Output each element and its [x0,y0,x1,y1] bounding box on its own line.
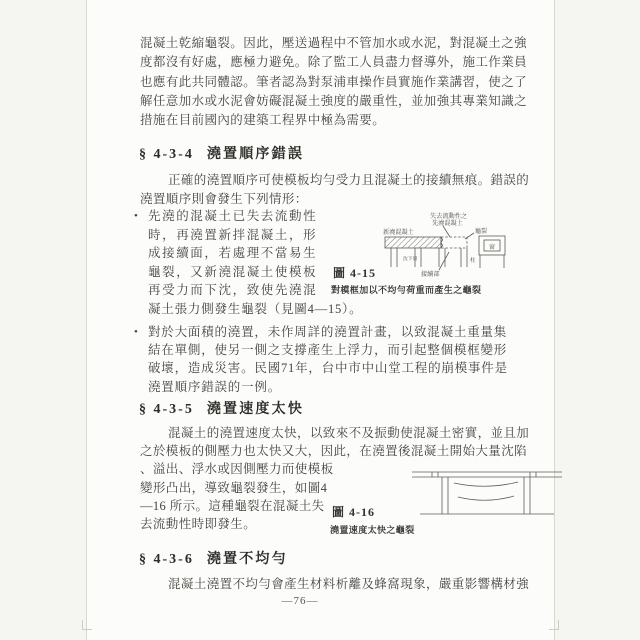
label-old-concrete-line2: 先澆混凝土 [432,219,463,227]
body-text-line: 解任意加水或水泥會妨礙混凝土強度的嚴重性，並加強其專業知識之 [140,94,527,109]
body-text-line: —16 所示。這種龜裂在混凝土失 [140,499,325,514]
section-number: § 4-3-4 [139,147,194,162]
crack-curve-upper [454,482,518,486]
section-number: § 4-3-6 [139,552,194,567]
section-number: § 4-3-5 [139,402,194,417]
bullet-marker: • [134,210,138,222]
scanned-document-page: { "page": { "number": "—76—" }, "intro":… [0,0,640,640]
body-text-line: 措施在目前國內的建築工程界中極為需要。 [140,113,385,128]
section-title: 澆置順序錯誤 [207,147,304,162]
bullet-text-line: 結在單側，使另一側之支撐產生上浮力，而引起整個模框變形 [148,343,507,358]
bullet-text-line: 再受力而下沈，致使先澆混 [148,283,317,298]
body-text-line: 正確的澆置順序可使模板均勻受力且混凝土的接續無痕。錯誤的 [168,173,529,188]
section-heading-4-3-5: § 4-3-5澆置速度太快 [139,398,304,418]
label-joint: 接續部 [421,270,440,278]
section-heading-4-3-4: § 4-3-4澆置順序錯誤 [139,143,304,163]
section-title: 澆置不均勻 [207,552,288,567]
figure-4-16-caption: 澆置速度太快之龜裂 [330,523,415,536]
label-lost-fluidity-line1: 失去流動性之 [430,212,467,220]
figure-4-15-caption: 對模框加以不均勻荷重而產生之龜裂 [331,283,481,296]
bullet-text-line: 先澆的混凝土已失去流動性 [148,209,317,224]
section-title: 澆置速度太快 [207,402,304,417]
body-text-line: 澆置順序則會發生下列情形： [140,192,308,207]
body-text-line: 混凝土的澆置速度太快，以致來不及振動使混凝土密實，並且加 [168,426,529,441]
figure-4-15-diagram: 失去流動性之 先澆混凝土 新澆混凝土 龜裂 窗 沈下量 柱 接續部 [383,210,513,278]
bullet-text-line: 龜裂，又新澆混凝土使模板 [148,265,317,280]
bullet-text-line: 澆置順序錯誤的一例。 [148,380,281,395]
bullet-text-line: 對於大面積的澆置，未作周詳的澆置計畫，以致混凝土重量集 [148,325,507,340]
bullet-marker: • [134,326,138,338]
label-window: 窗 [489,243,495,251]
bullet-text-line: 破壞，造成災害。民國71年，台中市中山堂工程的崩模事件是 [148,361,508,376]
body-text-line: 度都沒有好處，應極力避免。除了監工人員盡力督導外，施工作業員 [140,55,527,70]
crack-curve-lower [458,496,514,500]
label-settlement: 沈下量 [403,255,418,262]
page-corner-bottom-left [82,620,92,630]
figure-4-15-label: 圖 4-15 [333,264,376,281]
page-corner-bottom-right [549,620,559,630]
section-heading-4-3-6: § 4-3-6澆置不均勻 [139,548,288,568]
label-new-concrete: 新澆混凝土 [383,228,414,236]
body-text-line: 變形凸出，導致龜裂發生，如圖4 [140,481,327,496]
page-number: —76— [255,595,345,607]
bullet-text-line: 時，再澆置新拌混凝土，形 [148,228,317,243]
old-concrete-dashed-area [441,237,467,248]
figure-4-16-diagram [412,466,562,521]
body-text-line: 混凝土澆置不均勻會產生材料析離及蜂窩現象，嚴重影響構材強 [168,577,529,592]
figure-4-16-label: 圖 4-16 [332,503,375,520]
bullet-text-line: 成接續面，若處理不當易生 [148,246,317,261]
bullet-text-line: 凝土張力側發生龜裂（見圖4—15）。 [148,302,362,317]
label-column: 柱 [470,256,476,264]
new-concrete-hatched-area [385,237,441,248]
label-crack: 龜裂 [475,227,487,235]
body-text-line: 混凝土乾縮龜裂。因此，壓送過程中不管加水或水泥，對混凝土之強 [140,36,527,51]
body-text-line: 也應有此共同體認。筆者認為對泵浦車操作員實施作業講習，使之了 [140,75,527,90]
body-text-line: 、溢出、浮水或因側壓力而使模板 [140,462,334,477]
body-text-line: 之於模板的側壓力也太快又大，因此，在澆置後混凝土開始大量沈陷 [140,444,527,459]
body-text-line: 去流動性時即發生。 [140,517,256,532]
